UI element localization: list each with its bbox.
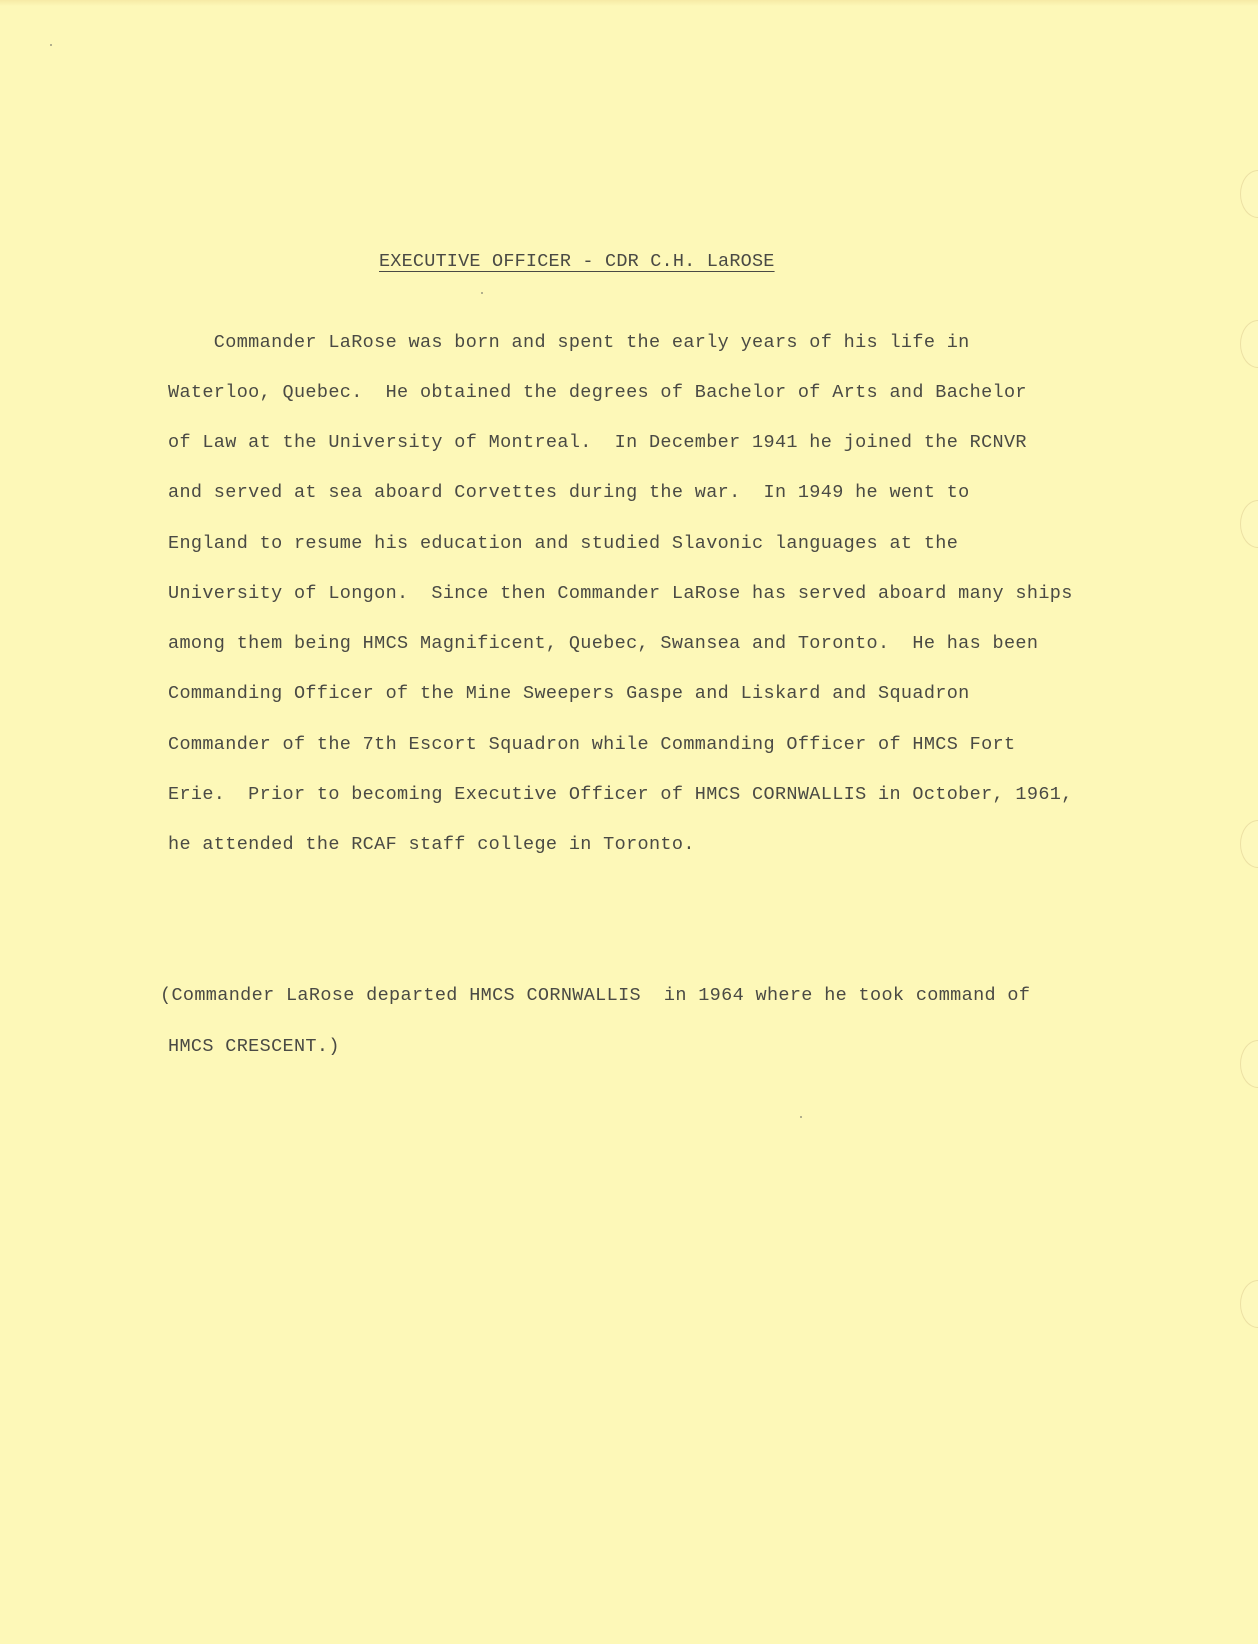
punch-hole <box>1240 1280 1258 1328</box>
body-line: Commanding Officer of the Mine Sweepers … <box>168 685 970 704</box>
note-line: (Commander LaRose departed HMCS CORNWALL… <box>160 987 1030 1006</box>
body-line: and served at sea aboard Corvettes durin… <box>168 484 970 503</box>
body-line: Erie. Prior to becoming Executive Office… <box>168 786 1073 805</box>
punch-hole <box>1240 1040 1258 1088</box>
punch-hole <box>1240 820 1258 868</box>
punch-hole <box>1240 320 1258 368</box>
paper-speck <box>481 292 483 294</box>
body-line: of Law at the University of Montreal. In… <box>168 434 1027 453</box>
body-line: England to resume his education and stud… <box>168 535 958 554</box>
body-line: Commander of the 7th Escort Squadron whi… <box>168 736 1015 755</box>
punch-hole <box>1240 500 1258 548</box>
document-title: EXECUTIVE OFFICER - CDR C.H. LaROSE <box>379 253 775 272</box>
body-line: Waterloo, Quebec. He obtained the degree… <box>168 384 1027 403</box>
punch-hole <box>1240 170 1258 218</box>
body-line: Commander LaRose was born and spent the … <box>168 334 970 353</box>
document-page: EXECUTIVE OFFICER - CDR C.H. LaROSE Comm… <box>0 0 1258 1644</box>
paper-speck <box>800 1116 802 1118</box>
body-line: University of Longon. Since then Command… <box>168 585 1073 604</box>
note-line: HMCS CRESCENT.) <box>168 1038 340 1057</box>
body-line: among them being HMCS Magnificent, Quebe… <box>168 635 1038 654</box>
body-line: he attended the RCAF staff college in To… <box>168 836 695 855</box>
paper-speck <box>50 44 52 46</box>
